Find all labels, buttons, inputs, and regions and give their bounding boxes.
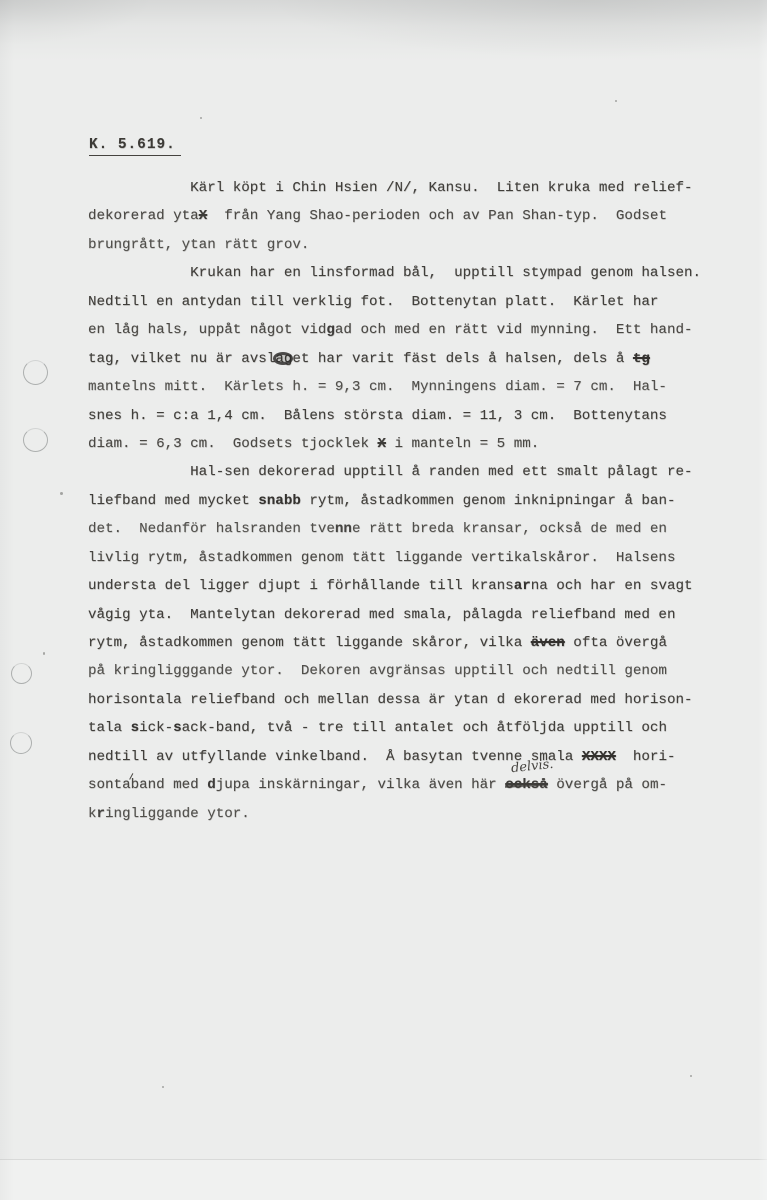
typewritten-line: det. Nedanför halsranden tvenne rätt bre… [88, 515, 701, 543]
struck-text: även [531, 635, 565, 651]
typewritten-line: rytm, åstadkommen genom tätt liggande sk… [88, 629, 701, 657]
catalog-number-heading: K. 5.619. [89, 137, 181, 156]
text-segment: livlig rytm, åstadkommen genom tätt ligg… [88, 550, 675, 566]
scanned-document-page: K. 5.619. Kärl köpt i Chin Hsien /N/, Ka… [0, 0, 767, 1200]
struck-text: XXXX [582, 749, 616, 765]
typewritten-line: diam. = 6,3 cm. Godsets tjocklek X i man… [88, 430, 701, 458]
dust-speck [690, 1075, 692, 1077]
dust-speck [43, 652, 45, 655]
struck-text: X [199, 208, 208, 224]
text-segment: Hal-sen dekorerad upptill å randen med e… [88, 464, 693, 480]
text-segment: tag, vilket nu är avsl [88, 351, 275, 367]
text-segment: e rätt breda kransar, också de med en [352, 521, 667, 537]
text-segment: mantelns mitt. Kärlets h. = 9,3 cm. Mynn… [88, 379, 667, 395]
dust-speck [162, 1086, 164, 1088]
text-segment: från Yang Shao-perioden och av Pan Shan-… [207, 208, 667, 224]
typewritten-line: kringliggande ytor. [88, 800, 701, 828]
typewritten-line: livlig rytm, åstadkommen genom tätt ligg… [88, 544, 701, 572]
typewritten-line: en låg hals, uppåt något vidgad och med … [88, 316, 701, 344]
text-segment: ofta övergå [565, 635, 667, 651]
corrected-letter: a [122, 777, 131, 793]
struck-word-with-annotation: ocksådelvis. [505, 777, 548, 793]
dust-speck [200, 117, 202, 119]
typewritten-line: horisontala reliefband och mellan dessa … [88, 686, 701, 714]
text-segment: dekorerad yta [88, 208, 199, 224]
typewritten-line: brungrått, ytan rätt grov. [88, 231, 701, 259]
punch-hole [23, 428, 48, 452]
typewritten-line: Krukan har en linsformad bål, upptill st… [88, 259, 701, 287]
text-segment: band med [131, 777, 208, 793]
text-segment: rytm, åstadkommen genom tätt liggande sk… [88, 635, 531, 651]
text-segment: horisontala reliefband och mellan dessa … [88, 692, 693, 708]
text-segment: ingliggande ytor. [105, 806, 250, 822]
text-segment: jupa inskärningar, vilka även här [216, 777, 505, 793]
text-segment: sont [88, 777, 122, 793]
text-segment: vågig yta. Mantelytan dekorerad med smal… [88, 607, 675, 623]
typewritten-line: Hal-sen dekorerad upptill å randen med e… [88, 458, 701, 486]
overtyped-text: snabb [258, 493, 301, 509]
struck-text: tg [633, 351, 650, 367]
text-segment: et har varit fäst dels å halsen, dels å [292, 351, 633, 367]
text-segment: i manteln = 5 mm. [386, 436, 539, 452]
struck-text: X [377, 436, 386, 452]
typewritten-line: tag, vilket nu är avslaget har varit fäs… [88, 345, 701, 373]
text-segment: ick- [139, 720, 173, 736]
typewritten-line: liefband med mycket snabb rytm, åstadkom… [88, 487, 701, 515]
punch-hole [10, 732, 32, 754]
text-segment: på kringligggande ytor. Dekoren avgränsa… [88, 663, 667, 679]
typewritten-line: snes h. = c:a 1,4 cm. Bålens största dia… [88, 402, 701, 430]
overtyped-text: g [326, 322, 335, 338]
typewritten-line: sontaband med djupa inskärningar, vilka … [88, 771, 701, 799]
text-segment: snes h. = c:a 1,4 cm. Bålens största dia… [88, 408, 667, 424]
text-segment: brungrått, ytan rätt grov. [88, 237, 309, 253]
text-segment: tala [88, 720, 131, 736]
overtyped-text: ar [514, 578, 531, 594]
document-body: Kärl köpt i Chin Hsien /N/, Kansu. Liten… [88, 174, 701, 828]
dust-speck [615, 100, 617, 102]
typewritten-line: nedtill av utfyllande vinkelband. Å basy… [88, 743, 701, 771]
text-segment: na och har en svagt [531, 578, 693, 594]
typewritten-line: dekorerad ytaX från Yang Shao-perioden o… [88, 202, 701, 230]
typewritten-line: Kärl köpt i Chin Hsien /N/, Kansu. Liten… [88, 174, 701, 202]
text-segment: k [88, 806, 97, 822]
text-segment: ad och med en rätt vid mynning. Ett hand… [335, 322, 693, 338]
text-segment: rytm, åstadkommen genom inknipningar å b… [301, 493, 676, 509]
punch-hole [23, 360, 48, 385]
overtyped-text: s [173, 720, 182, 736]
text-segment: övergå på om- [548, 777, 667, 793]
dust-speck [60, 492, 63, 495]
text-segment: hori- [616, 749, 676, 765]
text-segment: Krukan har en linsformad bål, upptill st… [88, 265, 701, 281]
text-segment: Kärl köpt i Chin Hsien /N/, Kansu. Liten… [88, 180, 693, 196]
typewritten-line: understa del ligger djupt i förhållande … [88, 572, 701, 600]
text-segment: det. Nedanför halsranden tve [88, 521, 335, 537]
text-segment: understa del ligger djupt i förhållande … [88, 578, 514, 594]
text-segment: ack-band, två - tre till antalet och åtf… [182, 720, 667, 736]
text-segment: liefband med mycket [88, 493, 258, 509]
typewritten-line: vågig yta. Mantelytan dekorerad med smal… [88, 601, 701, 629]
overtyped-text: d [207, 777, 216, 793]
typewritten-line: på kringligggande ytor. Dekoren avgränsa… [88, 657, 701, 685]
typewritten-line: Nedtill en antydan till verklig fot. Bot… [88, 288, 701, 316]
overtyped-text: s [131, 720, 140, 736]
text-segment: Nedtill en antydan till verklig fot. Bot… [88, 294, 658, 310]
text-segment: nedtill av utfyllande vinkelband. Å basy… [88, 749, 582, 765]
typewritten-line: tala sick-sack-band, två - tre till anta… [88, 714, 701, 742]
handwritten-annotation: delvis. [511, 758, 555, 775]
text-segment: diam. = 6,3 cm. Godsets tjocklek [88, 436, 377, 452]
paper-bottom-edge [0, 1159, 767, 1200]
text-segment: en låg hals, uppåt något vid [88, 322, 326, 338]
overtyped-text: r [97, 806, 106, 822]
ink-blotch: ag [275, 351, 292, 367]
typewritten-line: mantelns mitt. Kärlets h. = 9,3 cm. Mynn… [88, 373, 701, 401]
punch-hole [11, 663, 32, 684]
overtyped-text: nn [335, 521, 352, 537]
